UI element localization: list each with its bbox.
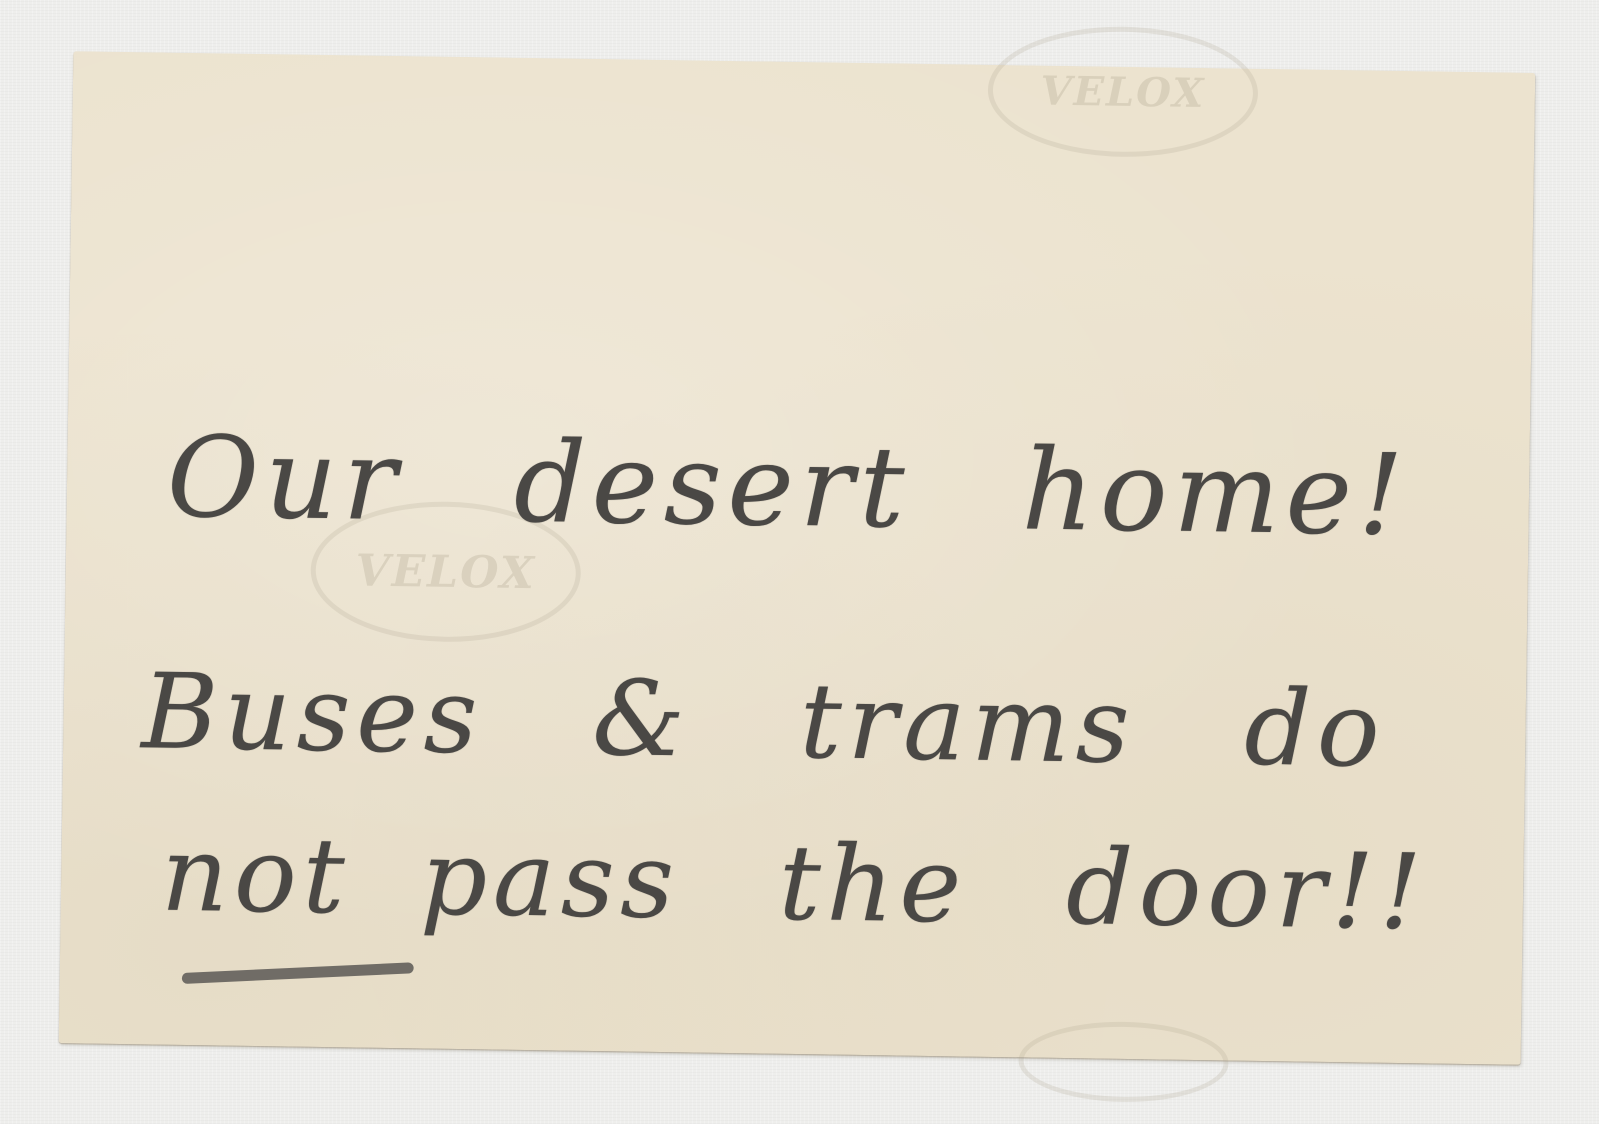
note-line-2-text: Buses & trams do: [141, 650, 1387, 790]
note-line-1-text: Our desert home!: [166, 413, 1410, 561]
note-line-2: Buses & trams do: [141, 650, 1387, 790]
note-line-1: Our desert home!: [166, 413, 1410, 561]
word-gap: [350, 912, 420, 913]
velox-stamp-top: VELOX: [987, 25, 1259, 159]
underlined-word-text: not: [160, 813, 351, 938]
stamp-text: VELOX: [355, 545, 536, 599]
note-line-3-rest: pass the door!!: [420, 816, 1429, 953]
underline-stroke: [182, 962, 414, 984]
photo-card-verso: VELOX VELOX Our desert home! Buses & tra…: [59, 51, 1536, 1065]
stamp-bottom-partial: [1018, 1020, 1229, 1103]
note-line-3: not pass the door!!: [160, 813, 1428, 954]
stamp-text: VELOX: [1040, 67, 1206, 116]
underlined-word: not: [160, 813, 351, 938]
